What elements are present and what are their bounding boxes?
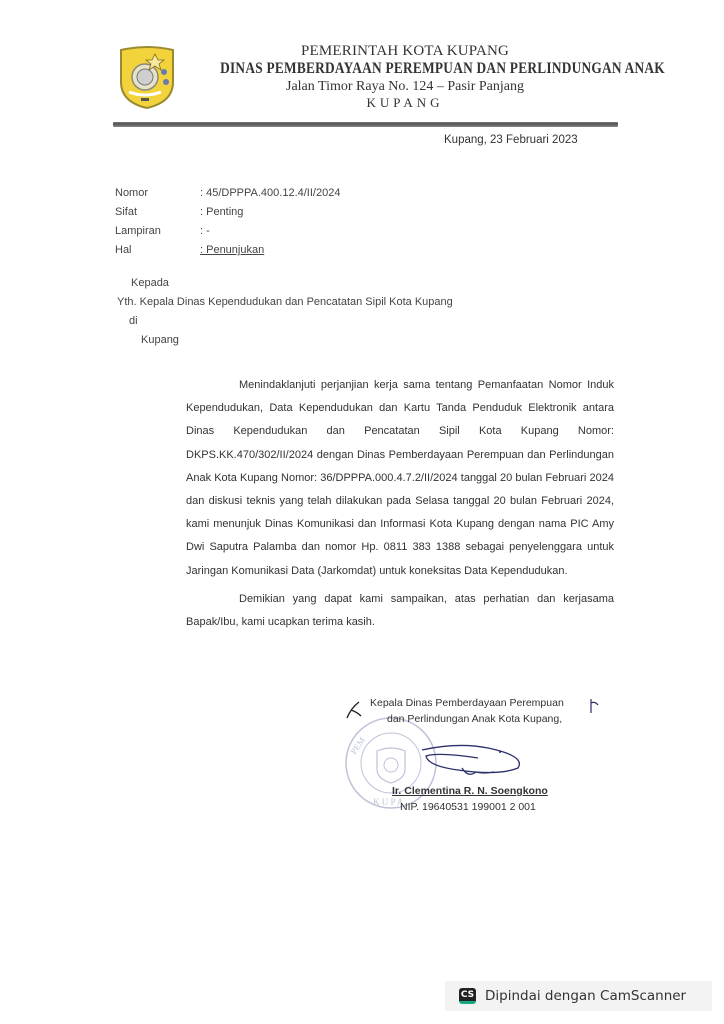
meta-value-subject: : Penunjukan bbox=[200, 244, 264, 263]
city-coat-of-arms-icon bbox=[117, 44, 177, 110]
initial-mark-icon bbox=[587, 697, 599, 715]
recipient-di: di bbox=[117, 315, 453, 334]
letter-meta: Nomor : 45/DPPPA.400.12.4/II/2024 Sifat … bbox=[115, 187, 340, 263]
meta-value: : - bbox=[200, 225, 210, 244]
letter-body: Menindaklanjuti perjanjian kerja sama te… bbox=[186, 374, 614, 634]
body-paragraph-2: Demikian yang dapat kami sampaikan, atas… bbox=[186, 588, 614, 634]
recipient-kepada: Kepada bbox=[117, 277, 453, 296]
recipient-place: Kupang bbox=[117, 334, 453, 353]
signer-title-2: dan Perlindungan Anak Kota Kupang, bbox=[387, 713, 562, 725]
letterhead-agency: DINAS PEMBERDAYAAN PEREMPUAN DAN PERLIND… bbox=[220, 60, 590, 78]
signer-name: Ir. Clementina R. N. Soengkono bbox=[392, 785, 548, 797]
letter-date: Kupang, 23 Februari 2023 bbox=[444, 134, 578, 146]
svg-text:PEM: PEM bbox=[348, 735, 367, 756]
recipient-name: Yth. Kepala Dinas Kependudukan dan Penca… bbox=[117, 296, 453, 315]
letterhead-city: KUPANG bbox=[190, 95, 620, 110]
meta-key: Hal bbox=[115, 244, 200, 263]
meta-row-lampiran: Lampiran : - bbox=[115, 225, 340, 244]
recipient-block: Kepada Yth. Kepala Dinas Kependudukan da… bbox=[117, 277, 453, 353]
handwritten-signature bbox=[418, 738, 528, 780]
camscanner-logo-icon: CS bbox=[459, 988, 476, 1004]
watermark-text: Dipindai dengan CamScanner bbox=[485, 988, 686, 1004]
signer-nip: NIP. 19640531 199001 2 001 bbox=[400, 801, 536, 813]
letterhead-divider bbox=[113, 122, 618, 127]
meta-key: Lampiran bbox=[115, 225, 200, 244]
meta-row-sifat: Sifat : Penting bbox=[115, 206, 340, 225]
letterhead: PEMERINTAH KOTA KUPANG DINAS PEMBERDAYAA… bbox=[190, 42, 620, 110]
initial-mark-icon bbox=[345, 700, 363, 720]
meta-row-hal: Hal : Penunjukan bbox=[115, 244, 340, 263]
meta-value: : 45/DPPPA.400.12.4/II/2024 bbox=[200, 187, 340, 206]
letterhead-address: Jalan Timor Raya No. 124 – Pasir Panjang bbox=[190, 78, 620, 95]
meta-key: Sifat bbox=[115, 206, 200, 225]
camscanner-watermark: CS Dipindai dengan CamScanner bbox=[445, 981, 712, 1011]
letterhead-government: PEMERINTAH KOTA KUPANG bbox=[190, 42, 620, 60]
meta-key: Nomor bbox=[115, 187, 200, 206]
signer-title-1: Kepala Dinas Pemberdayaan Perempuan bbox=[370, 697, 564, 709]
scanned-letter-page: PEMERINTAH KOTA KUPANG DINAS PEMBERDAYAA… bbox=[0, 0, 724, 1024]
meta-row-nomor: Nomor : 45/DPPPA.400.12.4/II/2024 bbox=[115, 187, 340, 206]
meta-value: : Penting bbox=[200, 206, 243, 225]
body-paragraph-1: Menindaklanjuti perjanjian kerja sama te… bbox=[186, 374, 614, 583]
